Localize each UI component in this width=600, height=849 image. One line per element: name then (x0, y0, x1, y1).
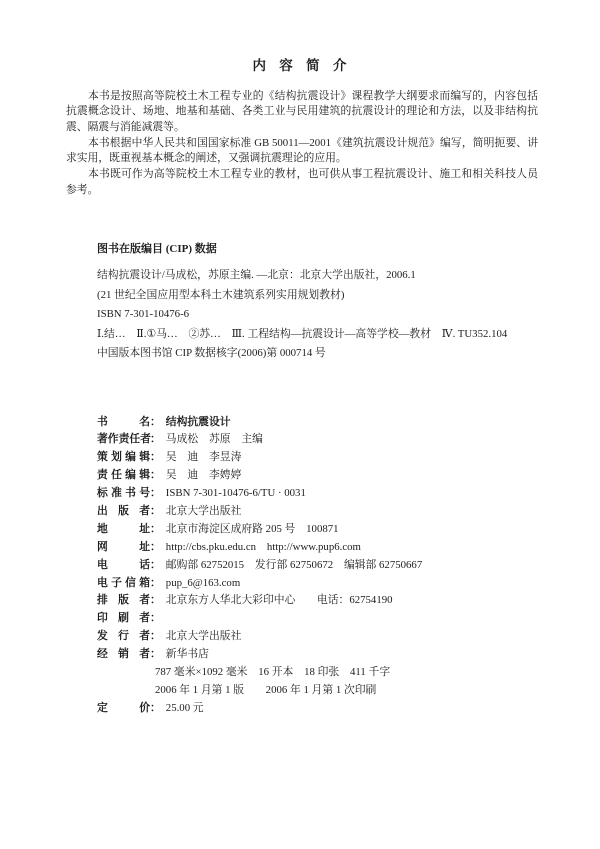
colophon-label: 书名 (97, 414, 150, 429)
colophon-colon: ： (150, 431, 161, 446)
colophon-value: 吴 迪 李娉婷 (166, 467, 242, 482)
colophon-row-phone: 电话：邮购部 62752015 发行部 62750672 编辑部 6275066… (97, 557, 538, 575)
colophon-colon: ： (150, 467, 161, 482)
colophon-value: 吴 迪 李昱涛 (166, 449, 242, 464)
page-content: 内 容 简 介 本书是按照高等院校土木工程专业的《结构抗震设计》课程教学大纲要求… (66, 54, 538, 718)
colophon-row-publisher: 出版者：北京大学出版社 (97, 503, 538, 521)
colophon-colon: ： (150, 628, 161, 643)
colophon-label: 经销者 (97, 646, 150, 661)
colophon-label: 印刷者 (97, 610, 150, 625)
colophon-label: 网址 (97, 539, 150, 554)
intro-paragraph: 本书是按照高等院校土木工程专业的《结构抗震设计》课程教学大纲要求而编写的，内容包… (66, 89, 538, 135)
colophon-label: 标准书号 (97, 485, 150, 500)
colophon-label: 发行者 (97, 628, 150, 643)
colophon-value: 北京大学出版社 (166, 628, 242, 643)
colophon-value: pup_6@163.com (166, 577, 240, 589)
cip-line: (21 世纪全国应用型本科土木建筑系列实用规划教材) (97, 286, 538, 306)
colophon-row-issuer: 发行者：北京大学出版社 (97, 628, 538, 646)
colophon-value: 北京东方人华北大彩印中心 电话：62754190 (166, 592, 393, 607)
colophon-colon: ： (150, 414, 161, 429)
colophon-row-planning-editor: 策划编辑：吴 迪 李昱涛 (97, 449, 538, 467)
colophon-row-title: 书名：结构抗震设计 (97, 414, 538, 432)
colophon-label: 定价 (97, 700, 150, 715)
intro-title: 内 容 简 介 (66, 54, 538, 74)
cip-line: 结构抗震设计/马成松，苏原主编. —北京：北京大学出版社，2006.1 (97, 266, 538, 286)
colophon-colon: ： (150, 557, 161, 572)
intro-paragraph: 本书既可作为高等院校土木工程专业的教材，也可供从事工程抗震设计、施工和相关科技人… (66, 167, 538, 198)
colophon-value: 787 毫米×1092 毫米 16 开本 18 印张 411 千字 (155, 664, 390, 679)
colophon-row-distributor: 经销者：新华书店 (97, 646, 538, 664)
colophon-value: http://cbs.pku.edu.cn http://www.pup6.co… (166, 539, 361, 554)
colophon-row-website: 网址：http://cbs.pku.edu.cn http://www.pup6… (97, 539, 538, 557)
cip-line: Ⅰ.结… Ⅱ.①马… ②苏… Ⅲ. 工程结构—抗震设计—高等学校—教材 Ⅳ. T… (97, 325, 538, 345)
colophon-label: 著作责任者 (97, 431, 150, 446)
colophon-block: 书名：结构抗震设计 著作责任者：马成松 苏原 主编 策划编辑：吴 迪 李昱涛 责… (97, 414, 538, 718)
colophon-row-edition: 2006 年 1 月第 1 版 2006 年 1 月第 1 次印刷 (97, 682, 538, 700)
colophon-label: 电话 (97, 557, 150, 572)
colophon-value: 新华书店 (166, 646, 209, 661)
intro-paragraph: 本书根据中华人民共和国国家标准 GB 50011—2001《建筑抗震设计规范》编… (66, 136, 538, 167)
colophon-row-email: 电子信箱：pup_6@163.com (97, 575, 538, 593)
colophon-row-format-specs: 787 毫米×1092 毫米 16 开本 18 印张 411 千字 (97, 664, 538, 682)
colophon-colon: ： (150, 485, 161, 500)
colophon-colon: ： (150, 521, 161, 536)
colophon-colon: ： (150, 700, 161, 715)
colophon-value: 马成松 苏原 主编 (166, 431, 263, 446)
colophon-value: 北京市海淀区成府路 205 号 100871 (166, 521, 339, 536)
colophon-label: 地址 (97, 521, 150, 536)
colophon-colon: ： (150, 592, 161, 607)
colophon-label: 出版者 (97, 503, 150, 518)
colophon-row-isbn: 标准书号：ISBN 7-301-10476-6/TU · 0031 (97, 485, 538, 503)
colophon-label: 策划编辑 (97, 449, 150, 464)
colophon-colon: ： (150, 503, 161, 518)
colophon-colon: ： (150, 610, 161, 625)
colophon-row-authors: 著作责任者：马成松 苏原 主编 (97, 431, 538, 449)
colophon-row-price: 定价：25.00 元 (97, 700, 538, 718)
colophon-row-address: 地址：北京市海淀区成府路 205 号 100871 (97, 521, 538, 539)
cip-header: 图书在版编目 (CIP) 数据 (97, 240, 538, 256)
colophon-row-responsible-editor: 责任编辑：吴 迪 李娉婷 (97, 467, 538, 485)
colophon-value: 邮购部 62752015 发行部 62750672 编辑部 62750667 (166, 557, 422, 572)
colophon-colon: ： (150, 646, 161, 661)
cip-line: 中国版本图书馆 CIP 数据核字(2006)第 000714 号 (97, 344, 538, 364)
colophon-colon: ： (150, 539, 161, 554)
colophon-row-printer: 印刷者： (97, 610, 538, 628)
cip-line: ISBN 7-301-10476-6 (97, 305, 538, 325)
colophon-value: 结构抗震设计 (166, 414, 231, 429)
colophon-value: 2006 年 1 月第 1 版 2006 年 1 月第 1 次印刷 (155, 682, 376, 697)
cip-block: 图书在版编目 (CIP) 数据 结构抗震设计/马成松，苏原主编. —北京：北京大… (97, 240, 538, 364)
colophon-value: ISBN 7-301-10476-6/TU · 0031 (166, 487, 306, 499)
colophon-label: 电子信箱 (97, 575, 150, 590)
colophon-colon: ： (150, 575, 161, 590)
colophon-value: 25.00 元 (166, 700, 204, 715)
colophon-row-typesetter: 排版者：北京东方人华北大彩印中心 电话：62754190 (97, 592, 538, 610)
colophon-label: 排版者 (97, 592, 150, 607)
colophon-value: 北京大学出版社 (166, 503, 242, 518)
colophon-label: 责任编辑 (97, 467, 150, 482)
colophon-colon: ： (150, 449, 161, 464)
book-copyright-page: 内 容 简 介 本书是按照高等院校土木工程专业的《结构抗震设计》课程教学大纲要求… (0, 0, 600, 849)
